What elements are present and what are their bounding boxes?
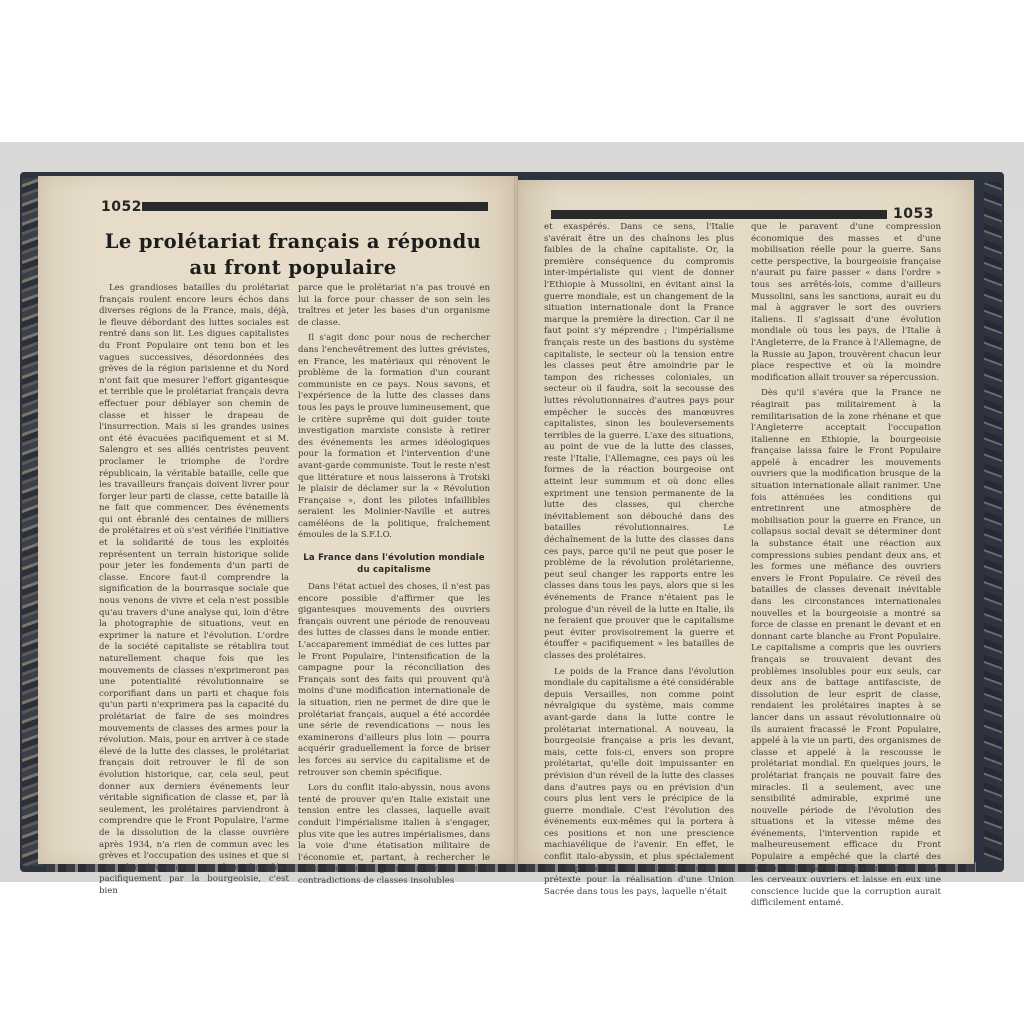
subheading-line1: La France dans l'évolution mondiale bbox=[298, 552, 490, 564]
book-gutter bbox=[514, 176, 518, 864]
article-title: Le prolétariat français a répondu au fro… bbox=[96, 229, 490, 281]
section-subheading: La France dans l'évolution mondiale du c… bbox=[298, 552, 490, 576]
right-page-column-2: que le paravent d'une compression économ… bbox=[751, 222, 941, 910]
article-title-line1: Le prolétariat français a répondu bbox=[96, 229, 490, 255]
subheading-line2: du capitalisme bbox=[298, 564, 490, 576]
paragraph: Les grandioses batailles du prolétariat … bbox=[99, 283, 289, 897]
left-column-2-body: Dans l'état actuel des choses, il n'est … bbox=[298, 582, 490, 887]
paragraph: que le paravent d'une compression économ… bbox=[751, 222, 941, 384]
header-rule-left bbox=[142, 202, 488, 211]
paragraph: Dans l'état actuel des choses, il n'est … bbox=[298, 582, 490, 779]
paragraph: Dès qu'il s'avéra que la France ne réagi… bbox=[751, 388, 941, 910]
left-column-2-intro: parce que le prolétariat n'a pas trouvé … bbox=[298, 283, 490, 542]
marbled-edge-right bbox=[984, 182, 1002, 862]
left-page-column-2: parce que le prolétariat n'a pas trouvé … bbox=[298, 283, 490, 888]
article-title-line2: au front populaire bbox=[96, 255, 490, 281]
paragraph: et exaspérés. Dans ce sens, l'Italie s'a… bbox=[544, 222, 734, 663]
right-page-column-1: et exaspérés. Dans ce sens, l'Italie s'a… bbox=[544, 222, 734, 898]
paragraph: Le poids de la France dans l'évolution m… bbox=[544, 667, 734, 899]
left-page-column-1: Les grandioses batailles du prolétariat … bbox=[99, 283, 289, 897]
paragraph: Lors du conflit italo-abyssin, nous avon… bbox=[298, 783, 490, 887]
paragraph: Il s'agit donc pour nous de rechercher d… bbox=[298, 333, 490, 542]
paragraph: parce que le prolétariat n'a pas trouvé … bbox=[298, 283, 490, 329]
header-rule-right bbox=[551, 210, 887, 219]
page-number-right: 1053 bbox=[893, 206, 934, 222]
page-number-left: 1052 bbox=[101, 199, 142, 215]
